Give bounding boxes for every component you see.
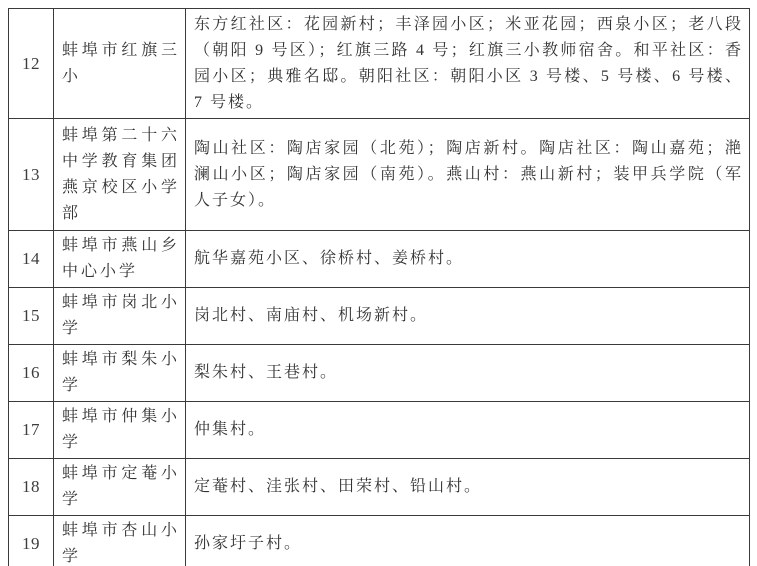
coverage-area: 定菴村、洼张村、田荣村、铅山村。 (186, 459, 750, 516)
school-name: 蚌埠市杏山小学 (54, 516, 186, 566)
row-number: 18 (9, 459, 54, 516)
school-name: 蚌埠市岗北小学 (54, 288, 186, 345)
table-row: 14 蚌埠市燕山乡中心小学 航华嘉苑小区、徐桥村、姜桥村。 (9, 231, 750, 288)
row-number: 15 (9, 288, 54, 345)
table-row: 16 蚌埠市梨朱小学 梨朱村、王巷村。 (9, 345, 750, 402)
row-number: 12 (9, 9, 54, 119)
row-number: 19 (9, 516, 54, 566)
school-district-table: 12 蚌埠市红旗三小 东方红社区：花园新村；丰泽园小区；米亚花园；西泉小区；老八… (8, 8, 750, 566)
row-number: 16 (9, 345, 54, 402)
coverage-area: 航华嘉苑小区、徐桥村、姜桥村。 (186, 231, 750, 288)
school-name: 蚌埠市定菴小学 (54, 459, 186, 516)
row-number: 14 (9, 231, 54, 288)
table-row: 13 蚌埠第二十六中学教育集团燕京校区小学部 陶山社区：陶店家园（北苑）；陶店新… (9, 119, 750, 231)
document-page: 12 蚌埠市红旗三小 东方红社区：花园新村；丰泽园小区；米亚花园；西泉小区；老八… (0, 0, 757, 566)
school-name: 蚌埠第二十六中学教育集团燕京校区小学部 (54, 119, 186, 231)
coverage-area: 东方红社区：花园新村；丰泽园小区；米亚花园；西泉小区；老八段（朝阳 9 号区）；… (186, 9, 750, 119)
table-row: 19 蚌埠市杏山小学 孙家圩子村。 (9, 516, 750, 566)
school-name: 蚌埠市梨朱小学 (54, 345, 186, 402)
table-row: 15 蚌埠市岗北小学 岗北村、南庙村、机场新村。 (9, 288, 750, 345)
school-name: 蚌埠市燕山乡中心小学 (54, 231, 186, 288)
table-row: 12 蚌埠市红旗三小 东方红社区：花园新村；丰泽园小区；米亚花园；西泉小区；老八… (9, 9, 750, 119)
coverage-area: 仲集村。 (186, 402, 750, 459)
coverage-area: 岗北村、南庙村、机场新村。 (186, 288, 750, 345)
row-number: 13 (9, 119, 54, 231)
coverage-area: 陶山社区：陶店家园（北苑）；陶店新村。陶店社区：陶山嘉苑；滟澜山小区；陶店家园（… (186, 119, 750, 231)
table-row: 17 蚌埠市仲集小学 仲集村。 (9, 402, 750, 459)
school-name: 蚌埠市红旗三小 (54, 9, 186, 119)
coverage-area: 梨朱村、王巷村。 (186, 345, 750, 402)
table-row: 18 蚌埠市定菴小学 定菴村、洼张村、田荣村、铅山村。 (9, 459, 750, 516)
school-name: 蚌埠市仲集小学 (54, 402, 186, 459)
coverage-area: 孙家圩子村。 (186, 516, 750, 566)
row-number: 17 (9, 402, 54, 459)
